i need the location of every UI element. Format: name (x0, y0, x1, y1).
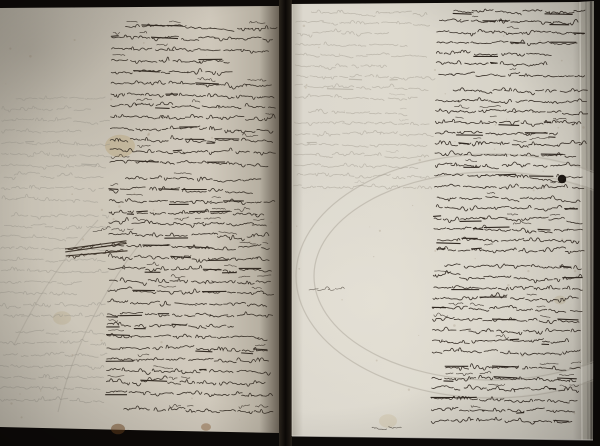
manuscript-photo (0, 0, 600, 446)
manuscript-scene (0, 0, 600, 446)
photo-vignette (0, 0, 600, 446)
